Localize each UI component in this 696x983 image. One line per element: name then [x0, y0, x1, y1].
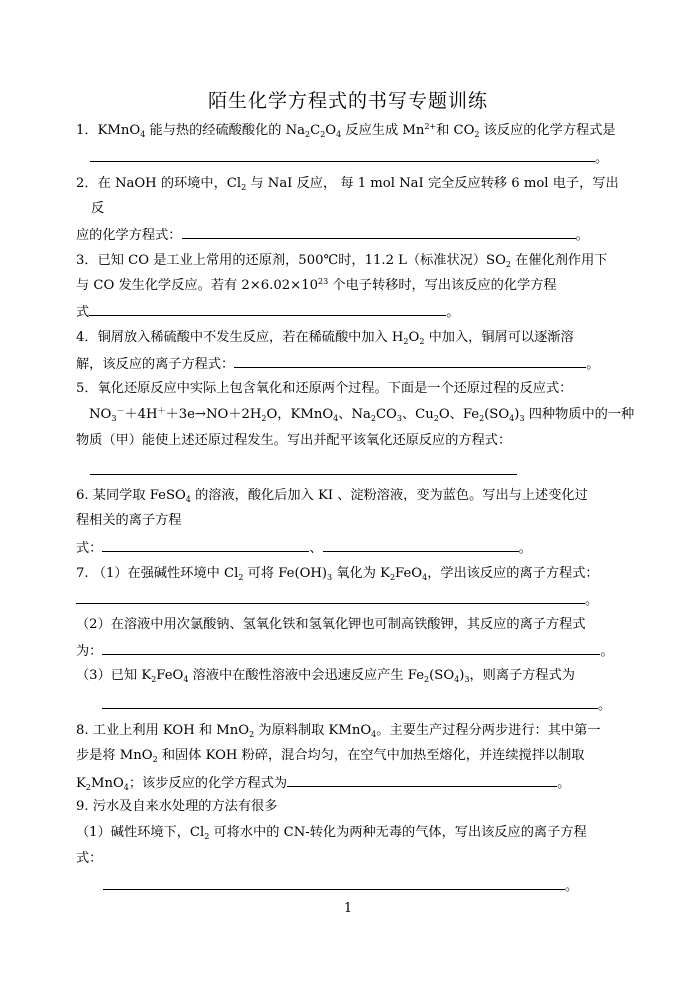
- page-number: 1: [0, 901, 696, 916]
- question-9-part-1-text: （1）碱性环境下，Cl2 可将水中的 CN-转化为两种无毒的气体，写出该反应的离…: [76, 823, 587, 843]
- question-7-part-3-answer-line: 。: [102, 694, 611, 716]
- answer-blank[interactable]: [76, 589, 585, 604]
- question-7-part-1-text: 7. （1）在强碱性环境中 Cl2 可将 Fe(OH)3 氧化为 K2FeO4，…: [76, 564, 599, 584]
- question-9-part-1-text-2: 式：: [76, 849, 102, 869]
- answer-blank[interactable]: [90, 460, 517, 475]
- answer-blank[interactable]: [90, 147, 595, 162]
- question-7-part-3-text: （3）已知 K2FeO4 溶液中在酸性溶液中会迅速反应产生 Fe2(SO4)3，…: [76, 666, 575, 686]
- question-2-text-wrap: 反: [91, 199, 104, 219]
- question-7-part-1-answer-line: 。: [76, 589, 598, 611]
- question-3-text: 3．已知 CO 是工业上常用的还原剂，500℃时，11.2 L（标准状况）SO2…: [76, 251, 608, 271]
- question-5-text-3: 物质（甲）能使上述还原过程发生。写出并配平该氧化还原反应的方程式：: [76, 431, 511, 451]
- question-7-part-2-answer-line: 为：。: [76, 640, 614, 662]
- answer-blank-1[interactable]: [102, 537, 309, 552]
- answer-blank-2[interactable]: [323, 537, 519, 552]
- answer-blank[interactable]: [103, 875, 565, 890]
- document-page: 陌生化学方程式的书写专题训练 1．KMnO4 能与热的经硫酸酸化的 Na2C2O…: [0, 0, 696, 983]
- question-8-answer-line: K2MnO4；该步反应的化学方程式为。: [76, 772, 570, 794]
- question-6-answer-line: 式：、。: [76, 537, 532, 559]
- question-1-answer-line: 。: [90, 147, 608, 169]
- document-title: 陌生化学方程式的书写专题训练: [0, 86, 696, 113]
- question-4-text: 4．铜屑放入稀硫酸中不发生反应，若在稀硫酸中加入 H2O2 中加入，铜屑可以逐渐…: [76, 328, 574, 348]
- question-6-text-2: 程相关的离子方程: [76, 511, 182, 531]
- question-5-answer-line: [90, 460, 517, 482]
- question-6-text: 6. 某同学取 FeSO4 的溶液，酸化后加入 KI 、淀粉溶液，变为蓝色。写出…: [76, 486, 588, 506]
- question-8-text-2: 步是将 MnO2 和固体 KOH 粉碎，混合均匀，在空气中加热至熔化，并连续搅拌…: [76, 746, 584, 766]
- question-2-text: 2．在 NaOH 的环境中，Cl2 与 NaI 反应， 每 1 mol NaI …: [76, 174, 619, 194]
- answer-blank[interactable]: [89, 301, 446, 316]
- answer-blank[interactable]: [287, 772, 557, 787]
- question-7-part-2-text: （2）在溶液中用次氯酸钠、氢氧化铁和氢氧化钾也可制高铁酸钾，其反应的离子方程式: [76, 615, 586, 635]
- question-8-text: 8. 工业上利用 KOH 和 MnO2 为原料制取 KMnO4。主要生产过程分两…: [76, 721, 600, 741]
- question-4-answer-line: 解，该反应的离子方程式：。: [76, 353, 599, 375]
- answer-blank[interactable]: [102, 640, 600, 655]
- answer-blank[interactable]: [182, 224, 576, 239]
- question-2-answer-line: 应的化学方程式：。: [76, 224, 589, 246]
- question-5-reaction: NO3－＋4H＋＋3e→NO＋2H2O，KMnO4、Na2CO3、Cu2O、Fe…: [89, 405, 634, 425]
- question-1-text: 1．KMnO4 能与热的经硫酸酸化的 Na2C2O4 反应生成 Mn2+和 CO…: [76, 121, 616, 141]
- question-3-text-2: 与 CO 发生化学反应。若有 2×6.02×1023 个电子转移时，写出该反应的…: [76, 276, 557, 296]
- answer-blank[interactable]: [102, 694, 598, 709]
- question-5-text: 5．氧化还原反应中实际上包含氧化和还原两个过程。下面是一个还原过程的反应式：: [76, 379, 572, 399]
- question-9-text: 9. 污水及自来水处理的方法有很多: [76, 797, 277, 817]
- question-3-answer-line: 式。: [76, 301, 459, 323]
- question-9-answer-line: 。: [103, 875, 578, 897]
- answer-blank[interactable]: [234, 353, 586, 368]
